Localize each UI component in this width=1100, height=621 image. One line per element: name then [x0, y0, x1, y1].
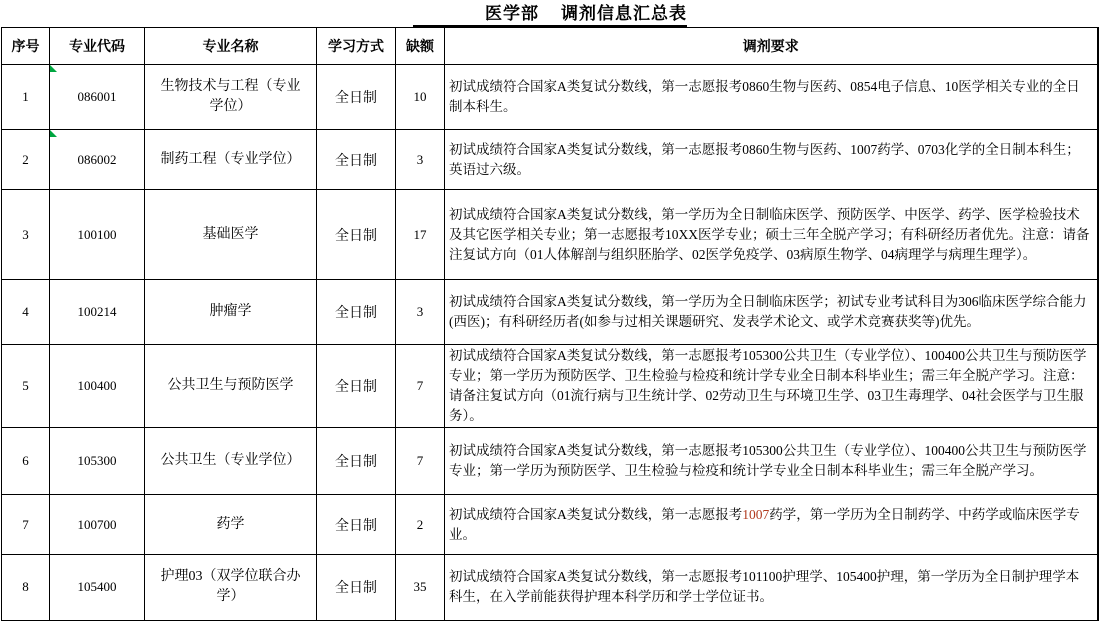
cell-quota: 10	[396, 65, 445, 130]
table-row: 6105300公共卫生（专业学位）全日制7初试成绩符合国家A类复试分数线，第一志…	[2, 428, 1098, 495]
cell-quota: 3	[396, 280, 445, 345]
table-row: 2086002制药工程（专业学位）全日制3初试成绩符合国家A类复试分数线，第一志…	[2, 130, 1098, 190]
cell-major-code: 100100	[50, 190, 145, 280]
major-code-text: 086001	[78, 89, 117, 104]
cell-requirements: 初试成绩符合国家A类复试分数线，第一学历为全日制临床医学、预防医学、中医学、药学…	[445, 190, 1098, 280]
cell-quota: 7	[396, 428, 445, 495]
cell-study-mode: 全日制	[317, 130, 396, 190]
table-header-row: 序号专业代码专业名称学习方式缺额调剂要求	[2, 28, 1098, 65]
cell-index: 7	[2, 495, 50, 555]
column-header-mode: 学习方式	[317, 28, 396, 65]
cell-major-name: 制药工程（专业学位）	[145, 130, 317, 190]
requirement-text: 初试成绩符合国家A类复试分数线，第一志愿报考101100护理学、105400护理…	[449, 569, 1079, 604]
requirement-text: 初试成绩符合国家A类复试分数线，第一志愿报考105300公共卫生（专业学位）、1…	[449, 443, 1087, 478]
cell-major-code: 105400	[50, 555, 145, 621]
column-header-code: 专业代码	[50, 28, 145, 65]
cell-index: 4	[2, 280, 50, 345]
cell-major-name: 公共卫生与预防医学	[145, 345, 317, 428]
page-title: 医学部调剂信息汇总表	[0, 0, 1100, 27]
major-code-text: 105400	[78, 579, 117, 594]
cell-requirements: 初试成绩符合国家A类复试分数线，第一志愿报考0860生物与医药、1007药学、0…	[445, 130, 1098, 190]
major-code-text: 100214	[78, 304, 117, 319]
cell-major-name: 公共卫生（专业学位）	[145, 428, 317, 495]
excel-flag-triangle-icon	[50, 65, 57, 72]
cell-requirements: 初试成绩符合国家A类复试分数线，第一志愿报考101100护理学、105400护理…	[445, 555, 1098, 621]
cell-requirements: 初试成绩符合国家A类复试分数线，第一志愿报考105300公共卫生（专业学位）、1…	[445, 428, 1098, 495]
table-row: 3100100基础医学全日制17初试成绩符合国家A类复试分数线，第一学历为全日制…	[2, 190, 1098, 280]
cell-major-code: 100214	[50, 280, 145, 345]
table-row: 1086001生物技术与工程（专业学位）全日制10初试成绩符合国家A类复试分数线…	[2, 65, 1098, 130]
excel-flag-triangle-icon	[50, 130, 57, 137]
column-header-quota: 缺额	[396, 28, 445, 65]
cell-index: 1	[2, 65, 50, 130]
cell-requirements: 初试成绩符合国家A类复试分数线，第一志愿报考0860生物与医药、0854电子信息…	[445, 65, 1098, 130]
major-code-text: 100700	[78, 517, 117, 532]
requirement-text: 初试成绩符合国家A类复试分数线，第一志愿报考	[449, 507, 742, 522]
cell-index: 8	[2, 555, 50, 621]
cell-study-mode: 全日制	[317, 190, 396, 280]
cell-requirements: 初试成绩符合国家A类复试分数线，第一志愿报考1007药学，第一学历为全日制药学、…	[445, 495, 1098, 555]
cell-study-mode: 全日制	[317, 65, 396, 130]
cell-quota: 35	[396, 555, 445, 621]
cell-major-name: 护理03（双学位联合办学）	[145, 555, 317, 621]
cell-major-name: 药学	[145, 495, 317, 555]
requirement-text: 初试成绩符合国家A类复试分数线，第一志愿报考105300公共卫生（专业学位）、1…	[449, 348, 1087, 423]
cell-quota: 7	[396, 345, 445, 428]
requirement-text: 初试成绩符合国家A类复试分数线，第一学历为全日制临床医学、预防医学、中医学、药学…	[449, 207, 1090, 262]
table-row: 5100400公共卫生与预防医学全日制7初试成绩符合国家A类复试分数线，第一志愿…	[2, 345, 1098, 428]
column-header-index: 序号	[2, 28, 50, 65]
cell-quota: 17	[396, 190, 445, 280]
major-code-text: 086002	[78, 152, 117, 167]
cell-major-code: 100700	[50, 495, 145, 555]
title-department: 医学部	[485, 4, 539, 23]
cell-major-name: 生物技术与工程（专业学位）	[145, 65, 317, 130]
requirement-text: 初试成绩符合国家A类复试分数线，第一志愿报考0860生物与医药、1007药学、0…	[449, 142, 1080, 177]
cell-study-mode: 全日制	[317, 428, 396, 495]
cell-index: 2	[2, 130, 50, 190]
cell-major-code: 086002	[50, 130, 145, 190]
cell-index: 5	[2, 345, 50, 428]
transfer-info-table: 序号专业代码专业名称学习方式缺额调剂要求 1086001生物技术与工程（专业学位…	[1, 27, 1099, 621]
cell-quota: 2	[396, 495, 445, 555]
cell-quota: 3	[396, 130, 445, 190]
cell-study-mode: 全日制	[317, 495, 396, 555]
requirement-text: 初试成绩符合国家A类复试分数线，第一学历为全日制临床医学；初试专业考试科目为30…	[449, 294, 1087, 329]
cell-index: 6	[2, 428, 50, 495]
cell-major-name: 基础医学	[145, 190, 317, 280]
requirement-text: 初试成绩符合国家A类复试分数线，第一志愿报考0860生物与医药、0854电子信息…	[449, 79, 1080, 114]
cell-study-mode: 全日制	[317, 280, 396, 345]
page-title-underline: 医学部调剂信息汇总表	[413, 4, 687, 27]
cell-study-mode: 全日制	[317, 555, 396, 621]
cell-requirements: 初试成绩符合国家A类复试分数线，第一志愿报考105300公共卫生（专业学位）、1…	[445, 345, 1098, 428]
table-row: 7100700药学全日制2初试成绩符合国家A类复试分数线，第一志愿报考1007药…	[2, 495, 1098, 555]
cell-major-code: 086001	[50, 65, 145, 130]
column-header-requirements: 调剂要求	[445, 28, 1098, 65]
cell-requirements: 初试成绩符合国家A类复试分数线，第一学历为全日制临床医学；初试专业考试科目为30…	[445, 280, 1098, 345]
table-row: 4100214肿瘤学全日制3初试成绩符合国家A类复试分数线，第一学历为全日制临床…	[2, 280, 1098, 345]
table-row: 8105400护理03（双学位联合办学）全日制35初试成绩符合国家A类复试分数线…	[2, 555, 1098, 621]
cell-major-name: 肿瘤学	[145, 280, 317, 345]
title-text: 调剂信息汇总表	[561, 4, 687, 23]
column-header-name: 专业名称	[145, 28, 317, 65]
cell-major-code: 100400	[50, 345, 145, 428]
major-code-text: 100100	[78, 227, 117, 242]
cell-major-code: 105300	[50, 428, 145, 495]
cell-study-mode: 全日制	[317, 345, 396, 428]
major-code-text: 100400	[78, 378, 117, 393]
requirement-highlight-text: 1007	[742, 507, 769, 522]
major-code-text: 105300	[78, 453, 117, 468]
cell-index: 3	[2, 190, 50, 280]
